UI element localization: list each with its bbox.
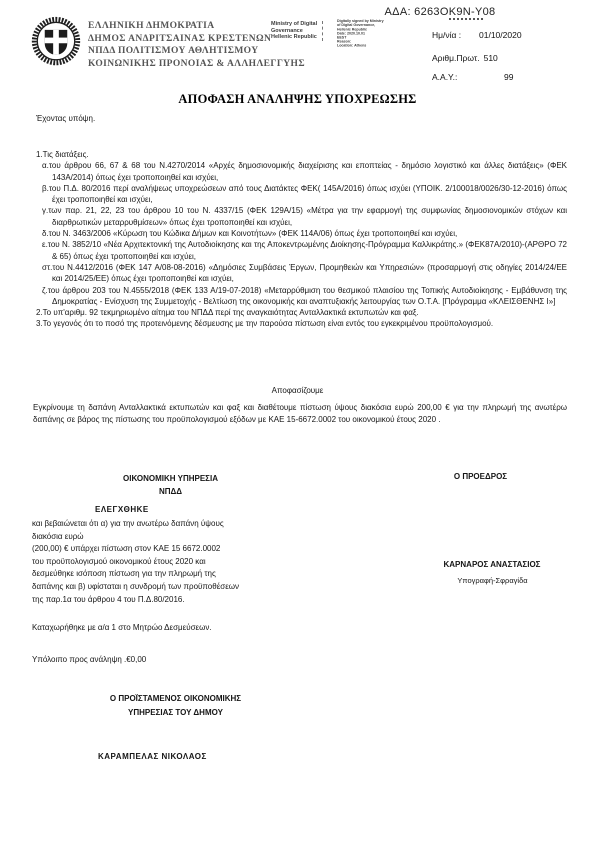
law-item-d: δ.του Ν. 3463/2006 «Κύρωση του Κώδικα Δή… [42, 228, 567, 239]
protocol-row: Αριθμ.Πρωτ. 510 [432, 53, 498, 63]
ministry-stamp: Ministry of Digital Governance Hellenic … [271, 21, 323, 41]
protocol-value: 510 [484, 53, 498, 63]
financial-service-heading: ΟΙΚΟΝΟΜΙΚΗ ΥΠΗΡΕΣΙΑ ΝΠΔΔ [88, 472, 253, 498]
intro-line: Έχοντας υπόψη. [36, 114, 95, 123]
finance-head-title: Ο ΠΡΟΪΣΤΑΜΕΝΟΣ ΟΙΚΟΝΟΜΙΚΗΣ ΥΠΗΡΕΣΙΑΣ ΤΟΥ… [58, 692, 293, 719]
consideration-item-3: 3.Το γεγονός ότι το ποσό της προτεινόμεν… [36, 318, 567, 329]
ada-underlined-part: Κ9Ν-Υ [449, 6, 483, 20]
law-item-e: ε.του Ν. 3852/10 «Νέα Αρχιτεκτονική της … [42, 239, 567, 262]
decision-heading: Αποφασίζουμε [0, 386, 595, 395]
ada-code: ΑΔΑ: 6263ΟΚ9Ν-Υ08 [310, 6, 570, 18]
president-heading: Ο ΠΡΟΕΔΡΟΣ [418, 472, 543, 481]
decision-text: Εγκρίνουμε τη δαπάνη Ανταλλακτικά εκτυπω… [33, 402, 567, 425]
ada-prefix: ΑΔΑ: 6263Ο [385, 6, 449, 18]
president-name: ΚΑΡΝΑΡΟΣ ΑΝΑΣΤΑΣΙΟΣ [412, 560, 572, 569]
digital-signature-details: Digitally signed by Ministry of Digital … [337, 19, 432, 47]
consideration-item-2: 2.Το υπ'αριθμ. 92 τεκμηριωμένο αίτημα το… [36, 307, 567, 318]
aay-value: 99 [504, 72, 513, 82]
checked-label: ΕΛΕΓΧΘΗΚΕ [95, 505, 149, 514]
finance-head-name: ΚΑΡΑΜΠΕΛΑΣ ΝΙΚΟΛΑΟΣ [98, 752, 207, 761]
law-item-c: γ.των παρ. 21, 22, 23 του άρθρου 10 του … [42, 205, 567, 228]
law-item-z: ζ.του άρθρου 203 του Ν.4555/2018 (ΦΕΚ 13… [42, 285, 567, 308]
law-item-a: α.του άρθρου 66, 67 & 68 του Ν.4270/2014… [42, 160, 567, 183]
considerations-list: 1.Τις διατάξεις. α.του άρθρου 66, 67 & 6… [36, 149, 567, 330]
page-title: ΑΠΟΦΑΣΗ ΑΝΑΛΗΨΗΣ ΥΠΟΧΡΕΩΣΗΣ [0, 92, 595, 107]
date-row: Ημ/νία : 01/10/2020 [432, 30, 522, 40]
law-item-st: στ.του Ν.4412/2016 (ΦΕΚ 147 Α/08-08-2016… [42, 262, 567, 285]
law-item-b: β.του Π.Δ. 80/2016 περί αναλήψεως υποχρε… [42, 183, 567, 206]
document-page: ΑΔΑ: 6263ΟΚ9Ν-Υ08 ΕΛΛΗΝΙΚΗ ΔΗΜΟΚΡΑΤΙΑ ΔΗ… [0, 0, 595, 842]
registry-line: Καταχωρήθηκε με α/α 1 στο Μητρώο Δεσμεύσ… [32, 623, 212, 632]
greek-coat-of-arms-icon [31, 15, 81, 73]
signature-stamp-note: Υπογραφή-Σφραγίδα [420, 576, 565, 585]
date-value: 01/10/2020 [479, 30, 522, 40]
aay-label: Α.Α.Υ.: [432, 72, 504, 82]
balance-line: Υπόλοιπο προς ανάληψη .€0,00 [32, 655, 146, 664]
ada-suffix: 08 [483, 6, 496, 18]
date-label: Ημ/νία : [432, 30, 479, 40]
aay-row: Α.Α.Υ.: 99 [432, 72, 513, 82]
considerations-heading: 1.Τις διατάξεις. [36, 149, 567, 160]
protocol-label: Αριθμ.Πρωτ. [432, 53, 480, 63]
verification-text: και βεβαιώνεται ότι α) για την ανωτέρω δ… [32, 518, 362, 606]
